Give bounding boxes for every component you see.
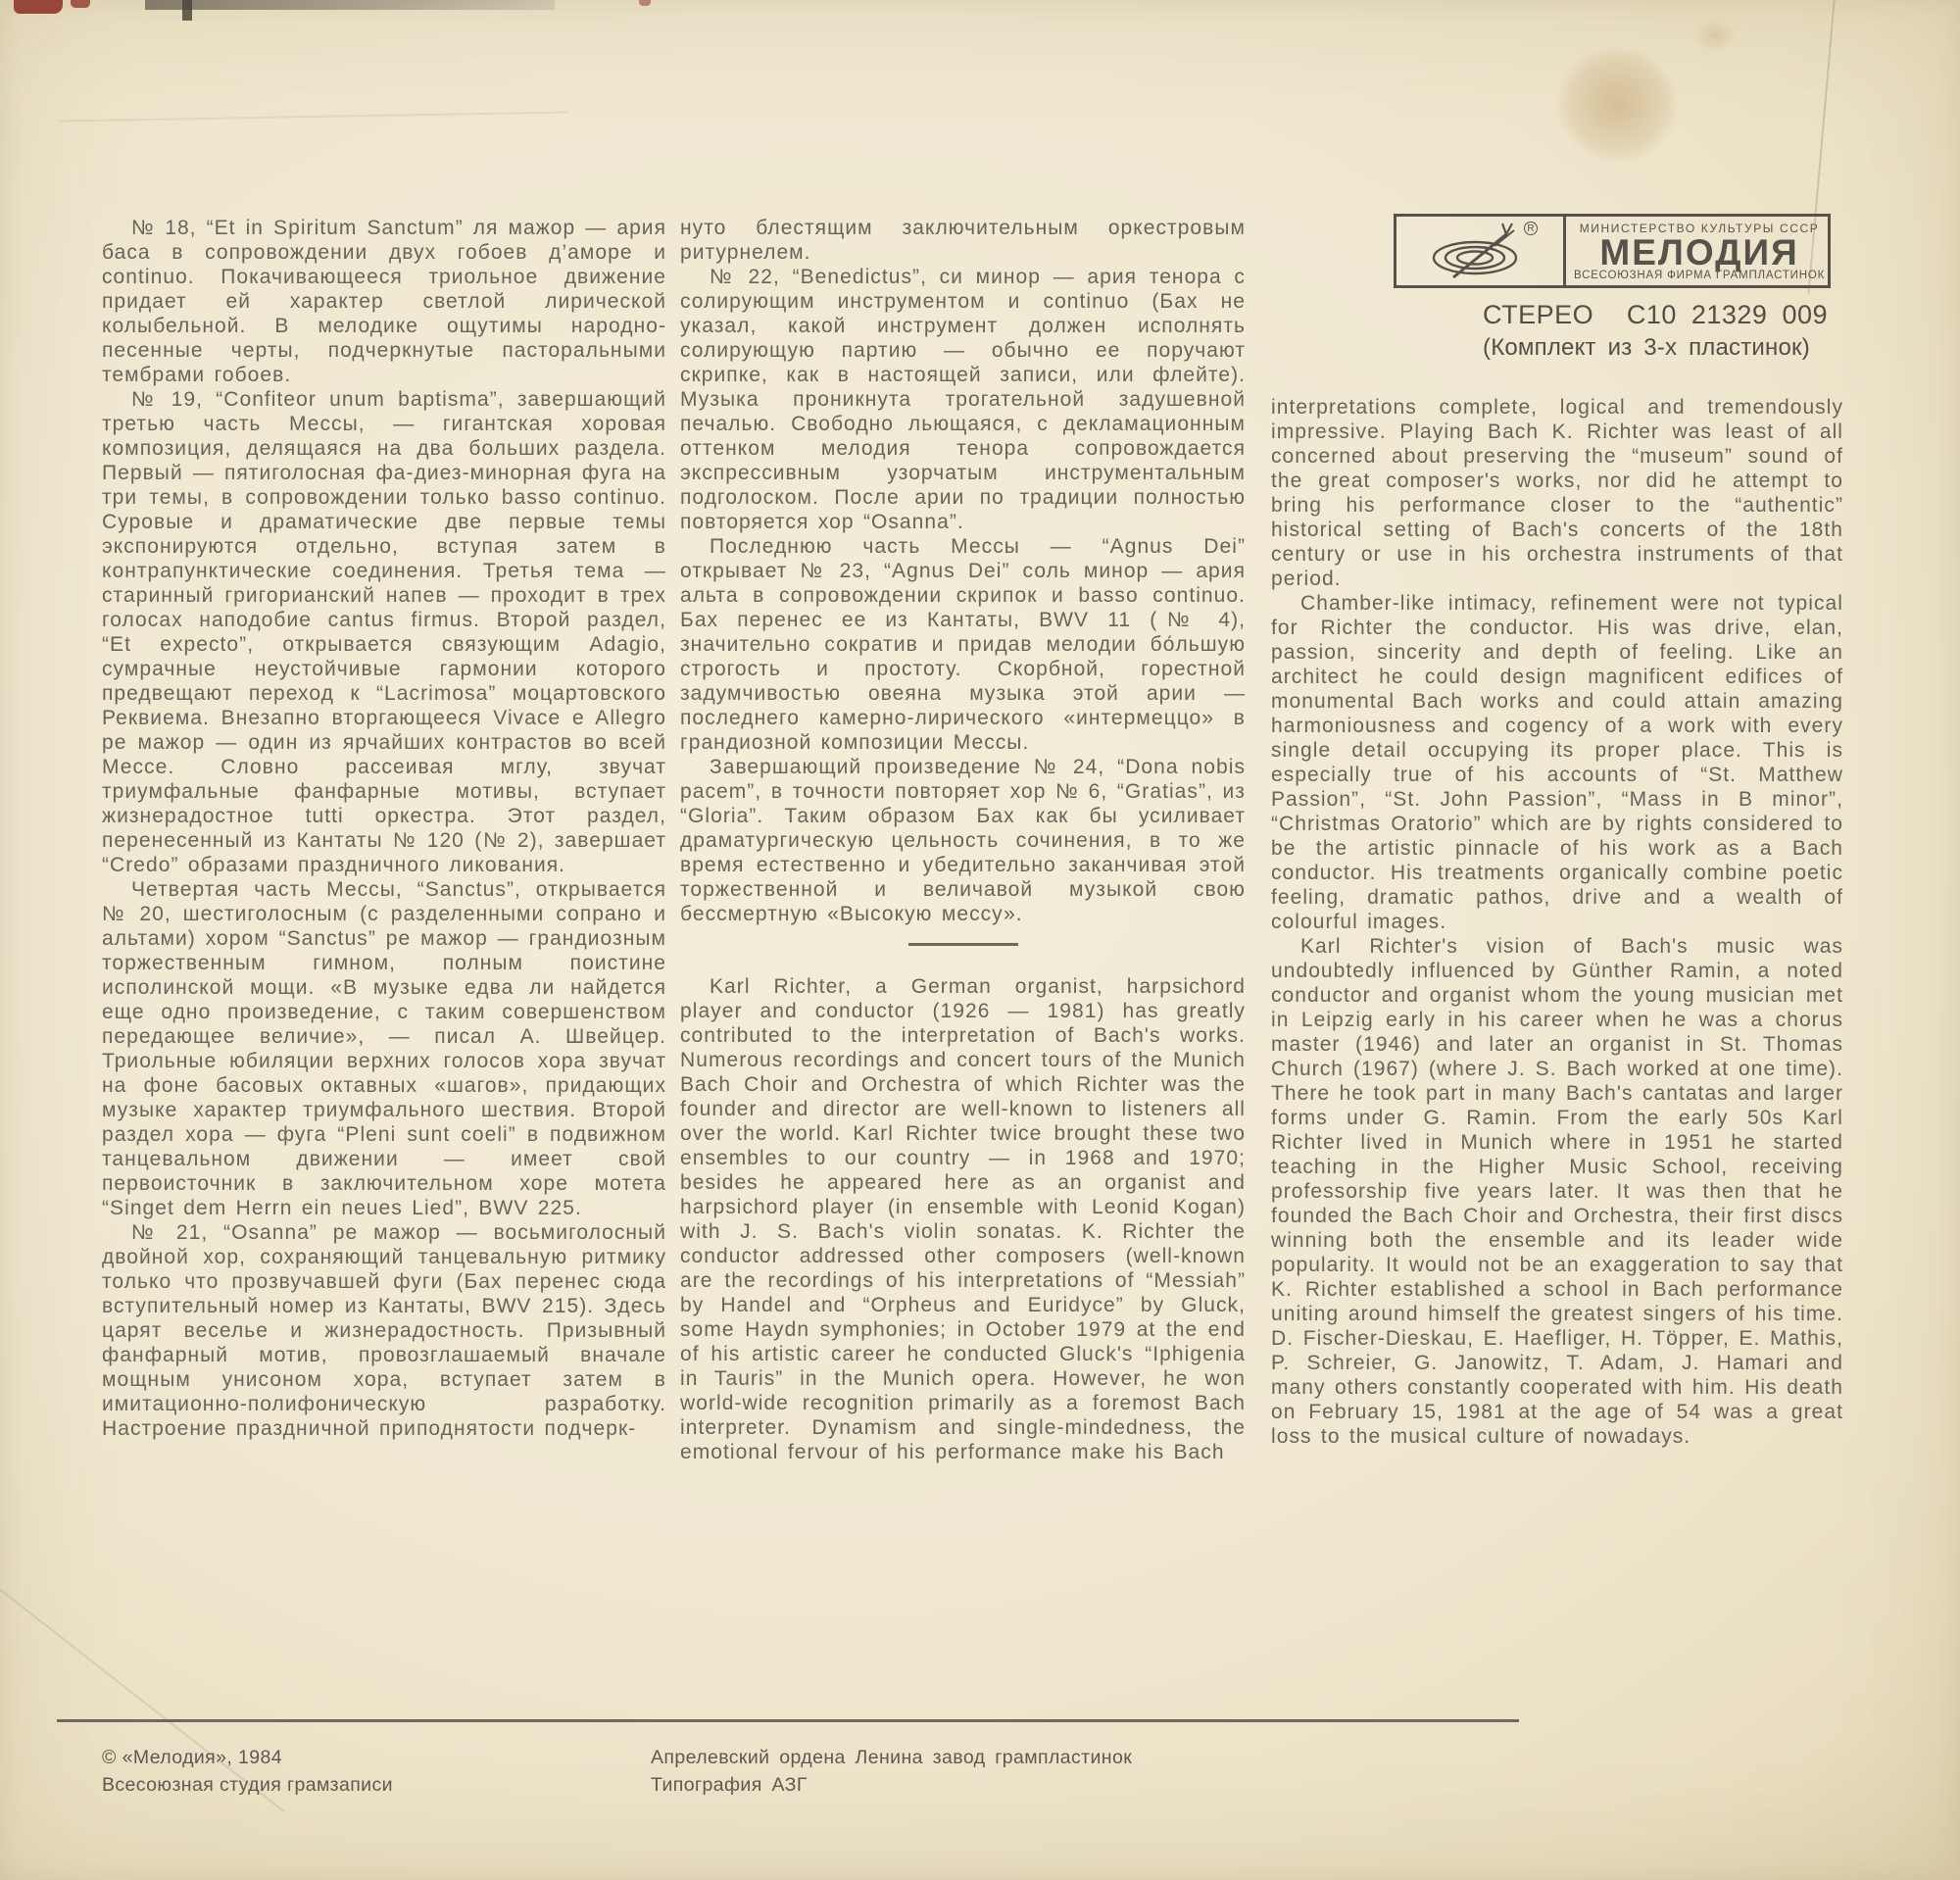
- record-sleeve-back: R МИНИСТЕРСТВО КУЛЬТУРЫ СССР МЕЛОДИЯ ВСЕ…: [0, 0, 1960, 1880]
- paper-crease: [59, 111, 568, 122]
- footer-rule: [57, 1719, 1519, 1722]
- registered-trademark-icon: R: [1524, 222, 1538, 235]
- paragraph: Четвертая часть Мессы, “Sanctus”, открыв…: [102, 877, 666, 1220]
- printshop-line: Типография АЗГ: [651, 1771, 1132, 1799]
- stereo-label: СТЕРЕО: [1483, 300, 1593, 330]
- paragraph: № 18, “Et in Spiritum Sanctum” ля мажор …: [102, 216, 666, 387]
- footer-plant-block: Апрелевский ордена Ленина завод грамплас…: [651, 1744, 1132, 1799]
- paragraph: Завершающий произведение № 24, “Dona nob…: [680, 755, 1246, 926]
- paragraph: № 19, “Confiteor unum baptisma”, заверша…: [102, 387, 666, 877]
- paper-stain-red: [639, 0, 651, 6]
- catalog-number: C10 21329 009: [1627, 300, 1828, 330]
- liner-notes-column-3-english: interpretations complete, logical and tr…: [1271, 395, 1843, 1449]
- copyright-line: © «Мелодия», 1984: [102, 1744, 393, 1771]
- stereo-catalog-row: СТЕРЕО C10 21329 009: [1483, 300, 1828, 330]
- paper-edge-smudge: [145, 0, 555, 10]
- paragraph: Karl Richter, a German organist, harpsic…: [680, 974, 1246, 1464]
- paper-stain-red: [14, 0, 63, 14]
- liner-notes-column-1-russian: № 18, “Et in Spiritum Sanctum” ля мажор …: [102, 216, 666, 1441]
- paper-stain-brown: [1693, 18, 1737, 53]
- melodiya-emblem: R: [1396, 217, 1566, 285]
- section-divider: [908, 943, 1018, 946]
- studio-line: Всесоюзная студия грамзаписи: [102, 1771, 393, 1799]
- firm-label: ВСЕСОЮЗНАЯ ФИРМА ГРАМПЛАСТИНОК: [1574, 270, 1825, 281]
- melodiya-tuning-fork-icon: [1396, 221, 1563, 281]
- set-note: (Комплект из 3-х пластинок): [1483, 334, 1828, 362]
- paper-stain-red: [71, 0, 90, 8]
- paper-stain-brown: [1556, 47, 1678, 163]
- paragraph: № 21, “Osanna” ре мажор — восьмиголосный…: [102, 1220, 666, 1441]
- brand-name: МЕЛОДИЯ: [1574, 235, 1825, 270]
- column-2-russian-section: нуто блестящим заключительным оркестровы…: [680, 216, 1246, 926]
- column-2-english-section: Karl Richter, a German organist, harpsic…: [680, 974, 1246, 1464]
- plant-line: Апрелевский ордена Ленина завод грамплас…: [651, 1744, 1132, 1771]
- paragraph: Последнюю часть Мессы — “Agnus Dei” откр…: [680, 534, 1246, 755]
- liner-notes-column-2: нуто блестящим заключительным оркестровы…: [680, 216, 1246, 1464]
- paragraph: № 22, “Benedictus”, си минор — ария тено…: [680, 265, 1246, 534]
- melodiya-logo-text: МИНИСТЕРСТВО КУЛЬТУРЫ СССР МЕЛОДИЯ ВСЕСО…: [1566, 217, 1831, 285]
- paragraph: нуто блестящим заключительным оркестровы…: [680, 216, 1246, 265]
- melodiya-logo-box: R МИНИСТЕРСТВО КУЛЬТУРЫ СССР МЕЛОДИЯ ВСЕ…: [1394, 214, 1831, 288]
- paragraph: Karl Richter's vision of Bach's music wa…: [1271, 934, 1843, 1449]
- footer-copyright-block: © «Мелодия», 1984 Всесоюзная студия грам…: [102, 1744, 393, 1799]
- paper-edge-notch: [182, 0, 192, 21]
- paragraph: interpretations complete, logical and tr…: [1271, 395, 1843, 591]
- paragraph: Chamber-like intimacy, refinement were n…: [1271, 591, 1843, 934]
